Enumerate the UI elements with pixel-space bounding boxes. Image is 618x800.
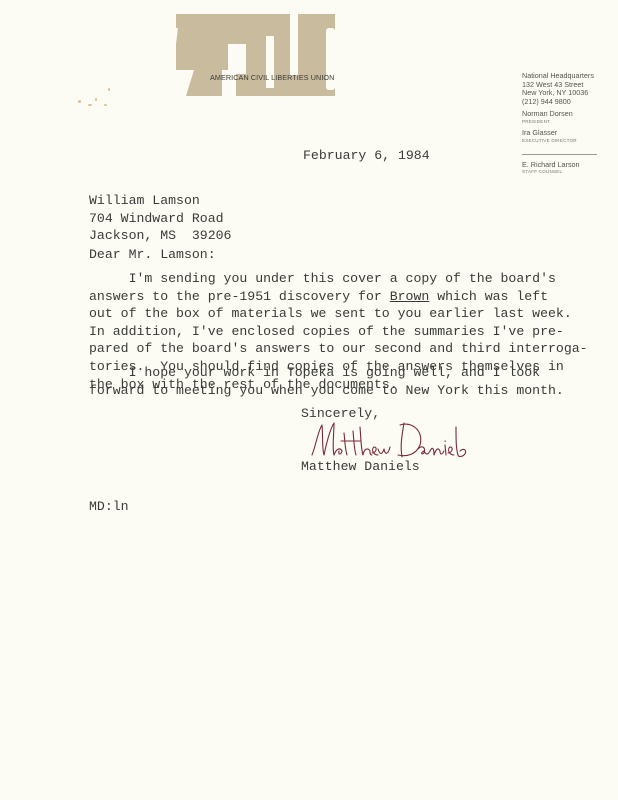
recipient-city: Jackson, MS 39206 (89, 227, 231, 245)
paragraph-line: I hope your work in Topeka is going well… (89, 364, 564, 382)
recipient-address: William Lamson704 Windward RoadJackson, … (89, 192, 231, 245)
letter-date: February 6, 1984 (303, 147, 430, 165)
paragraph-line: forward to meeting you when you come to … (89, 382, 564, 400)
stain-mark (95, 98, 97, 101)
staff-title: STAFF COUNSEL (522, 169, 618, 175)
recipient-street: 704 Windward Road (89, 210, 231, 228)
office-address: National Headquarters 132 West 43 Street… (522, 72, 618, 106)
paragraph-line: pared of the board's answers to our seco… (89, 340, 588, 358)
paragraph-line: In addition, I've enclosed copies of the… (89, 323, 588, 341)
staff-counsel: E. Richard Larson STAFF COUNSEL (522, 161, 618, 176)
handwritten-signature (308, 415, 468, 463)
officer-title: EXECUTIVE DIRECTOR (522, 138, 618, 144)
paragraph-line: answers to the pre-1951 discovery for Br… (89, 288, 588, 306)
recipient-name: William Lamson (89, 192, 231, 210)
divider (522, 154, 597, 155)
officer-executive-director: Ira Glasser EXECUTIVE DIRECTOR (522, 129, 618, 144)
signer-name: Matthew Daniels (301, 458, 420, 476)
body-paragraph-2: I hope your work in Topeka is going well… (89, 364, 564, 399)
case-name-brown: Brown (390, 289, 430, 304)
officer-name: Norman Dorsen (522, 110, 618, 119)
paragraph-line: out of the box of materials we sent to y… (89, 305, 588, 323)
reference-initials: MD:ln (89, 498, 129, 516)
stain-mark (104, 104, 107, 106)
stain-mark (78, 100, 81, 103)
staff-name: E. Richard Larson (522, 161, 618, 170)
officer-title: PRESIDENT (522, 119, 618, 125)
line-segment: answers to the pre-1951 discovery for (89, 289, 390, 304)
officer-president: Norman Dorsen PRESIDENT (522, 110, 618, 125)
organization-name: AMERICAN CIVIL LIBERTIES UNION (210, 73, 334, 82)
letter-page: AMERICAN CIVIL LIBERTIES UNION National … (0, 0, 618, 800)
stain-mark (108, 88, 110, 91)
stain-mark (88, 104, 92, 106)
line-segment: which was left (429, 289, 548, 304)
officer-name: Ira Glasser (522, 129, 618, 138)
aclu-logo (176, 14, 352, 96)
paragraph-line: I'm sending you under this cover a copy … (89, 270, 588, 288)
masthead: National Headquarters 132 West 43 Street… (522, 72, 618, 179)
salutation: Dear Mr. Lamson: (89, 246, 216, 264)
office-phone: (212) 944 9800 (522, 98, 618, 107)
